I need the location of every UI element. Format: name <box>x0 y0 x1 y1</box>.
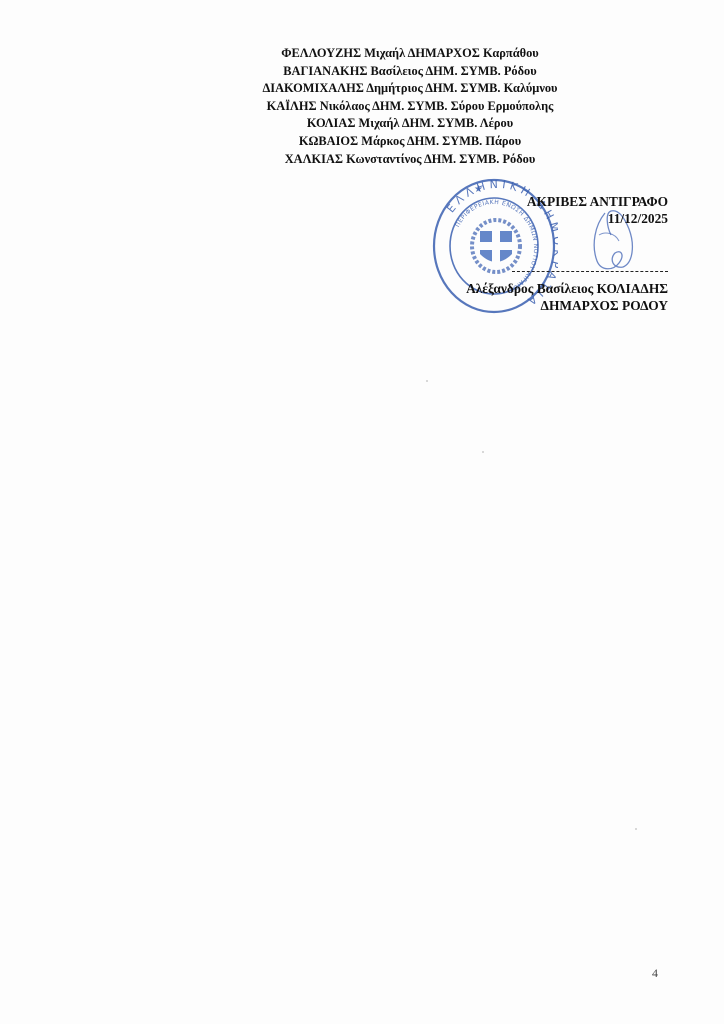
signatory-line: ΔΙΑΚΟΜΙΧΑΛΗΣ Δημήτριος ΔΗΜ. ΣΥΜΒ. Καλύμν… <box>200 80 620 98</box>
svg-text:★: ★ <box>474 184 483 195</box>
signatory-line: ΚΑΪΛΗΣ Νικόλαος ΔΗΜ. ΣΥΜΒ. Σύρου Ερμούπο… <box>200 98 620 116</box>
signature-dashed-line <box>512 271 668 272</box>
certified-copy-title: ΑΚΡΙΒΕΣ ΑΝΤΙΓΡΑΦΟ <box>527 193 668 210</box>
scan-speck <box>635 828 637 830</box>
document-page: ΦΕΛΛΟΥΖΗΣ Μιχαήλ ΔΗΜΑΡΧΟΣ Καρπάθου ΒΑΓΙΑ… <box>0 0 724 1024</box>
certification-date: 11/12/2025 <box>527 210 668 227</box>
certification-block: ΑΚΡΙΒΕΣ ΑΝΤΙΓΡΑΦΟ 11/12/2025 <box>527 193 668 227</box>
page-number: 4 <box>652 966 658 981</box>
signatory-line: ΚΩΒΑΙΟΣ Μάρκος ΔΗΜ. ΣΥΜΒ. Πάρου <box>200 133 620 151</box>
signatory-line: ΧΑΛΚΙΑΣ Κωνσταντίνος ΔΗΜ. ΣΥΜΒ. Ρόδου <box>200 151 620 169</box>
signer-name: Αλέξανδρος Βασίλειος ΚΟΛΙΑΔΗΣ <box>466 280 668 297</box>
signatories-list: ΦΕΛΛΟΥΖΗΣ Μιχαήλ ΔΗΜΑΡΧΟΣ Καρπάθου ΒΑΓΙΑ… <box>200 45 620 168</box>
signatory-line: ΚΟΛΙΑΣ Μιχαήλ ΔΗΜ. ΣΥΜΒ. Λέρου <box>200 115 620 133</box>
signer-block: Αλέξανδρος Βασίλειος ΚΟΛΙΑΔΗΣ ΔΗΜΑΡΧΟΣ Ρ… <box>466 280 668 314</box>
signer-role: ΔΗΜΑΡΧΟΣ ΡΟΔΟΥ <box>466 297 668 314</box>
signatory-line: ΒΑΓΙΑΝΑΚΗΣ Βασίλειος ΔΗΜ. ΣΥΜΒ. Ρόδου <box>200 63 620 81</box>
scan-speck <box>426 380 428 382</box>
signatory-line: ΦΕΛΛΟΥΖΗΣ Μιχαήλ ΔΗΜΑΡΧΟΣ Καρπάθου <box>200 45 620 63</box>
scan-speck <box>482 451 484 453</box>
